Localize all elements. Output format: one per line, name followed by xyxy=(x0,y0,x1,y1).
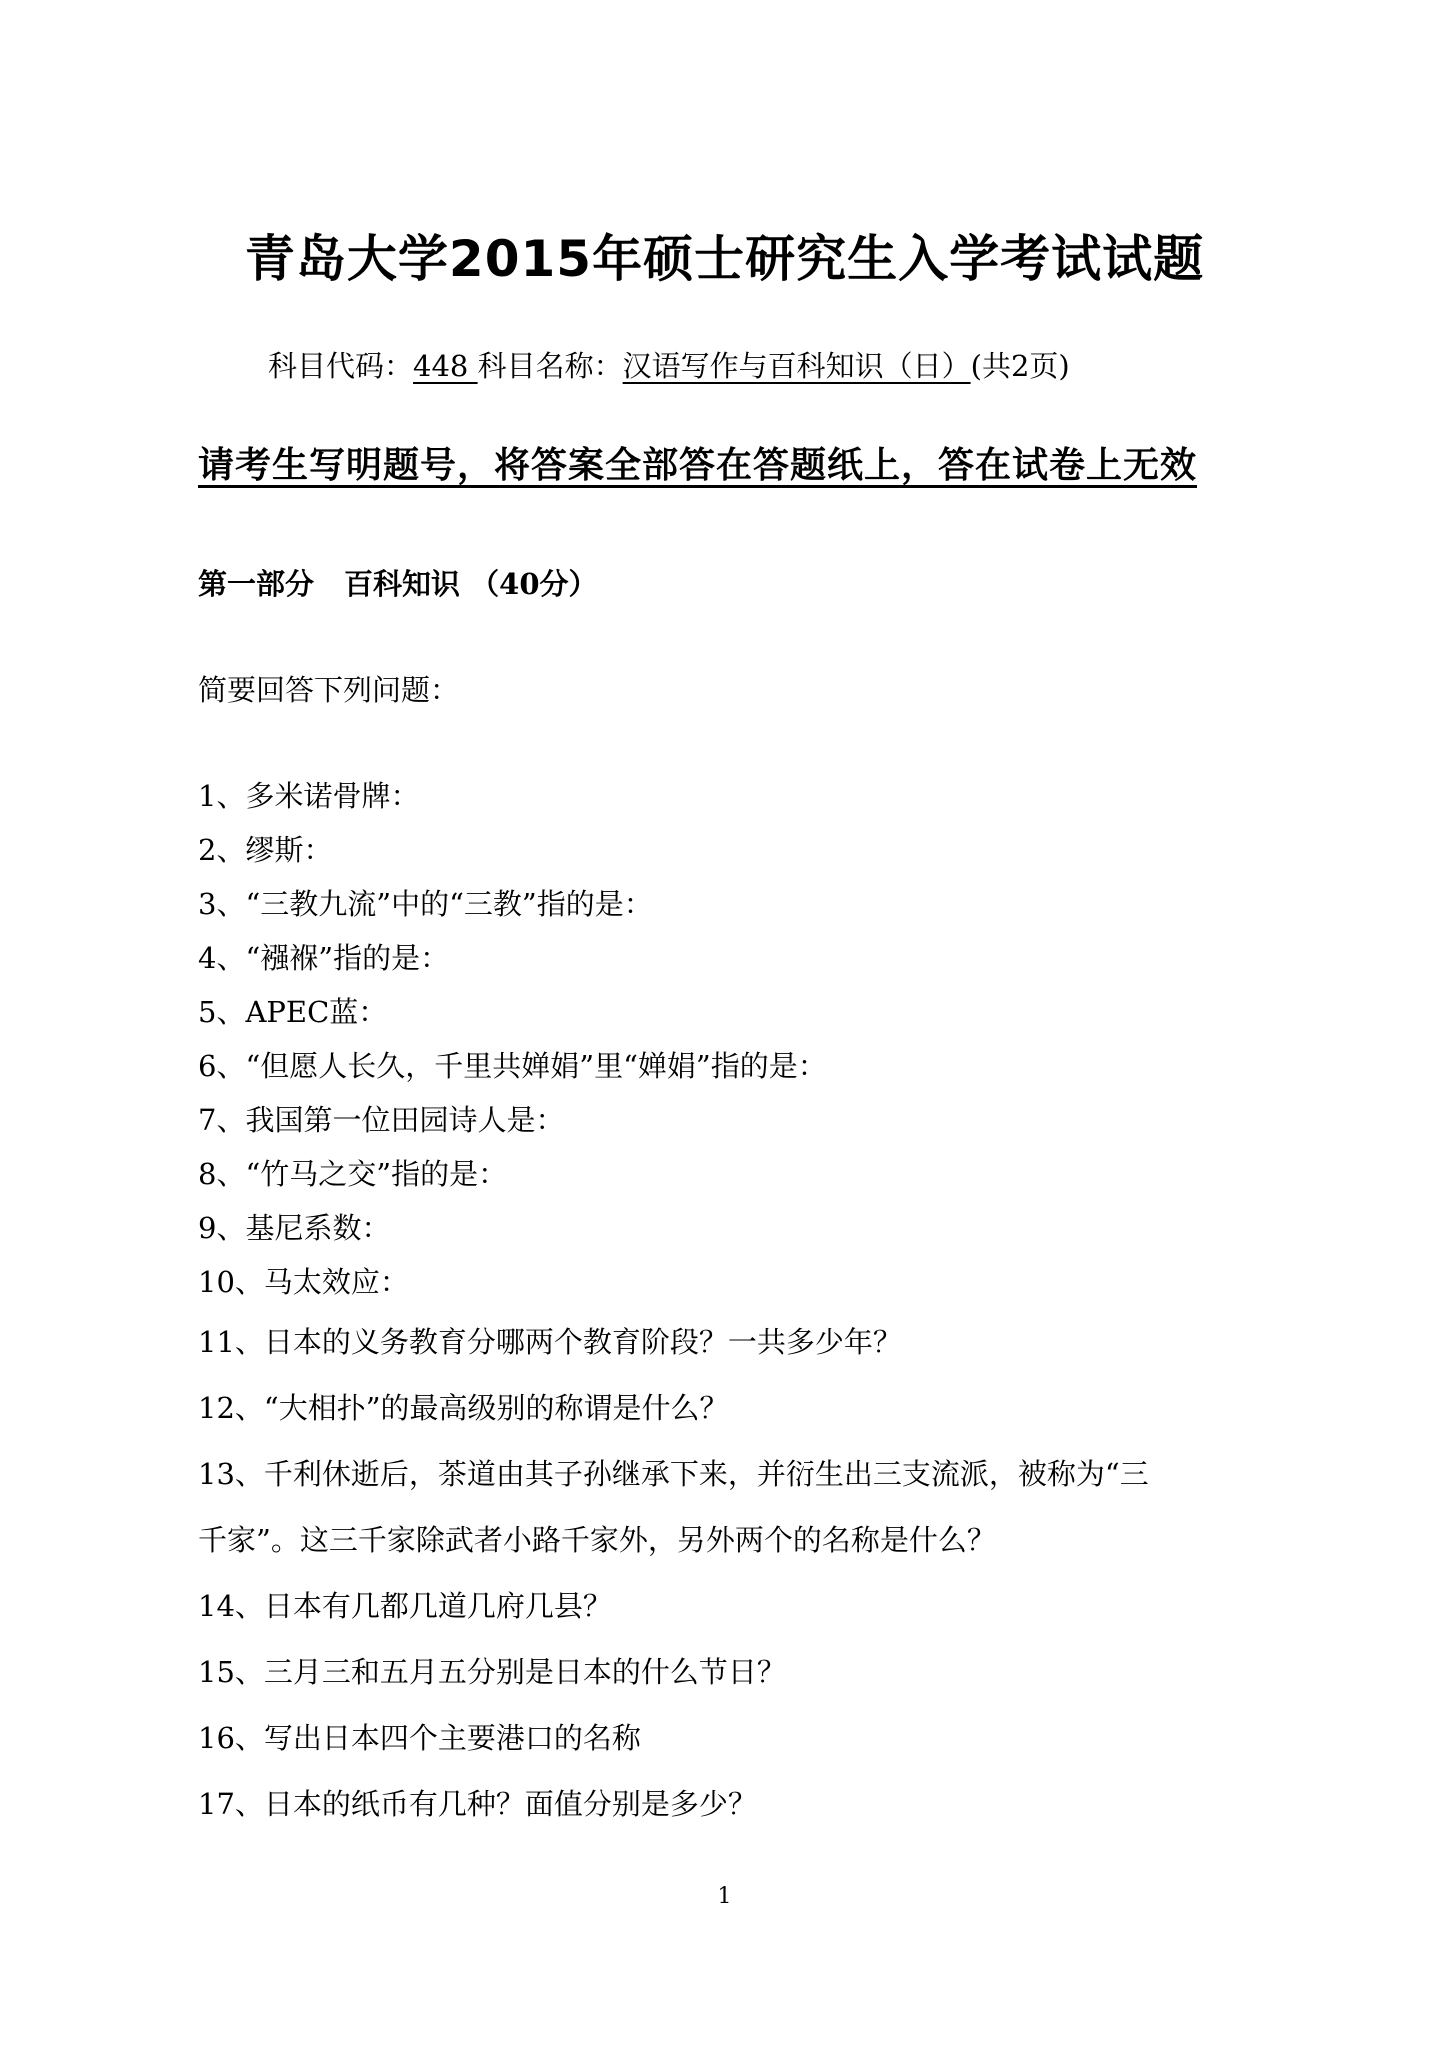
subject-name: 汉语写作与百科知识（日） xyxy=(623,349,971,383)
section-heading: 第一部分百科知识 （40分） xyxy=(198,562,598,606)
question-11: 11、日本的义务教育分哪两个教育阶段？一共多少年？ xyxy=(198,1320,902,1364)
question-7: 7、我国第一位田园诗人是： xyxy=(198,1098,564,1142)
exam-notice: 请考生写明题号，将答案全部答在答题纸上，答在试卷上无效 xyxy=(198,440,1197,490)
question-12: 12、“大相扑”的最高级别的称谓是什么？ xyxy=(198,1386,729,1430)
section-score: （40分） xyxy=(470,567,597,601)
question-17: 17、日本的纸币有几种？面值分别是多少？ xyxy=(198,1782,757,1826)
question-15: 15、三月三和五月五分别是日本的什么节日？ xyxy=(198,1650,786,1694)
question-3: 3、“三教九流”中的“三教”指的是： xyxy=(198,882,653,926)
question-5: 5、APEC蓝： xyxy=(198,990,387,1034)
question-13-cont: 千家”。这三千家除武者小路千家外，另外两个的名称是什么？ xyxy=(198,1518,996,1562)
question-8: 8、“竹马之交”指的是： xyxy=(198,1152,507,1196)
question-1: 1、多米诺骨牌： xyxy=(198,774,419,818)
section-title: 百科知识 xyxy=(344,567,460,601)
subject-code-label: 科目代码： xyxy=(268,349,413,383)
question-16: 16、写出日本四个主要港口的名称 xyxy=(198,1716,641,1760)
question-4: 4、“襁褓”指的是： xyxy=(198,936,449,980)
subject-name-label: 科目名称： xyxy=(478,349,623,383)
section-part: 第一部分 xyxy=(198,567,314,601)
question-9: 9、基尼系数： xyxy=(198,1206,390,1250)
question-6: 6、“但愿人长久，千里共婵娟”里“婵娟”指的是： xyxy=(198,1044,827,1088)
instructions: 简要回答下列问题： xyxy=(198,668,459,712)
subject-code: 448 xyxy=(413,349,478,383)
question-2: 2、缪斯： xyxy=(198,828,332,872)
exam-title: 青岛大学2015年硕士研究生入学考试试题 xyxy=(0,224,1449,294)
question-13: 13、千利休逝后，茶道由其子孙继承下来，并衍生出三支流派，被称为“三 xyxy=(198,1452,1149,1496)
question-14: 14、日本有几都几道几府几县？ xyxy=(198,1584,612,1628)
question-10: 10、马太效应： xyxy=(198,1260,409,1304)
subject-line: 科目代码：448 科目名称：汉语写作与百科知识（日）(共2页) xyxy=(268,344,1070,388)
page-count: (共2页) xyxy=(971,349,1070,383)
page-number: 1 xyxy=(0,1884,1449,1909)
